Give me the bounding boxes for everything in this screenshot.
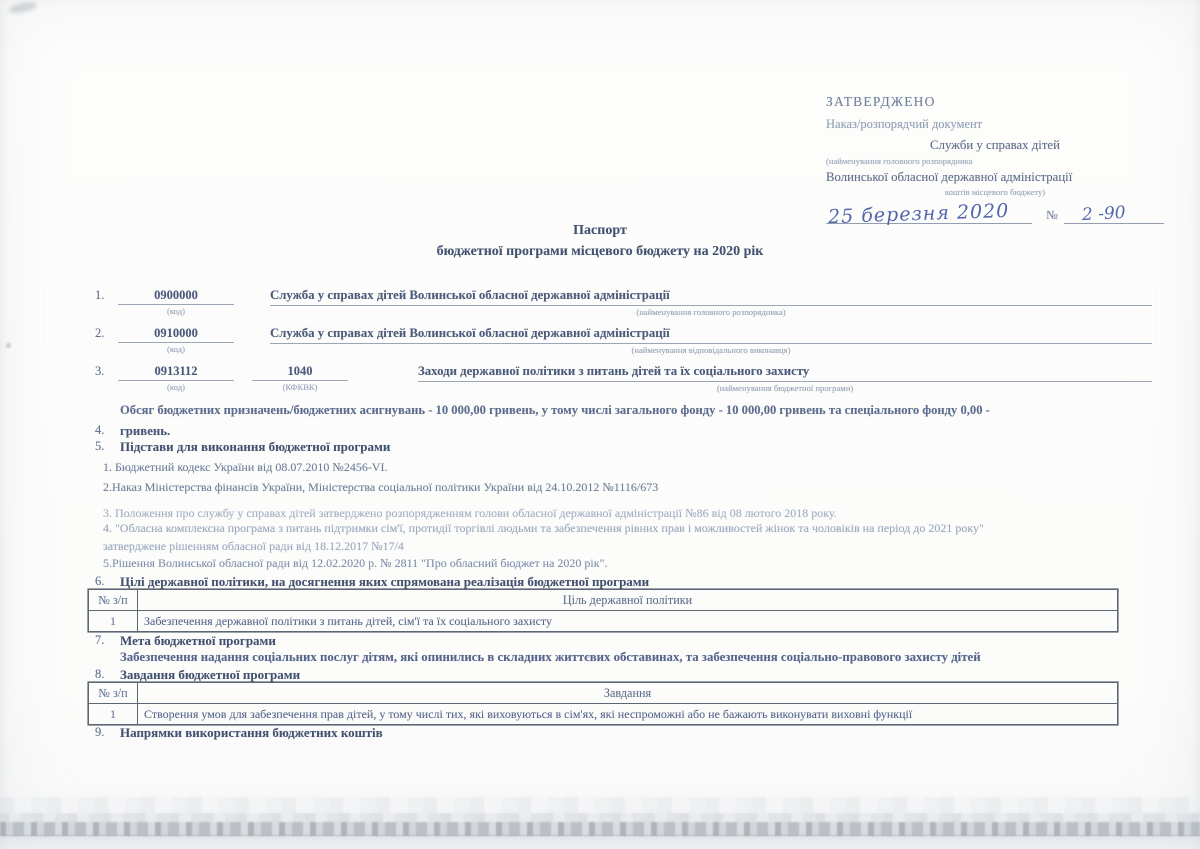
item7-number: 7. <box>95 633 104 648</box>
item8-heading-row: 8. Завдання бюджетної програми <box>0 667 1152 683</box>
item3-kfkvk-box: 1040 (КФКВК) <box>252 364 348 392</box>
item4-line2: гривень. <box>120 424 1156 439</box>
item2-name: Служба у справах дітей Волинської обласн… <box>270 326 1152 344</box>
item7-heading-row: 7. Мета бюджетної програми <box>0 633 1152 649</box>
handwritten-number: 2 -90 <box>1081 203 1126 225</box>
item3-code-box: 0913112 (код) <box>118 364 234 392</box>
item1-name-box: Служба у справах дітей Волинської обласн… <box>270 288 1152 317</box>
scan-band-fade <box>0 836 1200 849</box>
goals-table-header-row: № з/п Ціль державної політики <box>89 590 1118 611</box>
approval-date-row: 25 березня 2020 № 2 -90 <box>826 198 1164 224</box>
item3-name: Заходи державної політики з питань дітей… <box>418 364 1152 382</box>
org-name-line1: Служби у справах дітей <box>826 138 1164 153</box>
item6-heading-row: 6. Цілі державної політики, на досягненн… <box>0 574 1152 590</box>
item2-code-box: 0910000 (код) <box>118 326 234 354</box>
item1-code-box: 0900000 (код) <box>118 288 234 316</box>
item9-heading: Напрямки використання бюджетних коштів <box>120 725 1152 741</box>
org-name-line2: Волинської обласної державної адміністра… <box>826 170 1164 185</box>
approval-block: ЗАТВЕРДЖЕНО Наказ/розпорядчий документ С… <box>826 94 1164 224</box>
item2-name-box: Служба у справах дітей Волинської обласн… <box>270 326 1152 355</box>
scan-artifact-smudge <box>8 0 37 15</box>
tasks-row1-num: 1 <box>89 704 138 725</box>
handwritten-date-field: 25 березня 2020 <box>826 197 1032 224</box>
item5-heading: Підстави для виконання бюджетної програм… <box>120 439 1152 455</box>
org-note-top: (найменування головного розпорядника <box>826 156 1164 166</box>
org-note-bottom: коштів місцевого бюджету) <box>826 187 1164 197</box>
scan-artifact-dot <box>6 343 11 348</box>
title-line2: бюджетної програми місцевого бюджету на … <box>0 244 1200 260</box>
item3-name-label: (найменування бюджетної програми) <box>418 383 1152 393</box>
document-title: Паспорт бюджетної програми місцевого бюд… <box>0 223 1200 260</box>
doc-type-label: Наказ/розпорядчий документ <box>826 117 1164 132</box>
table-row: 1 Забезпечення державної політики з пита… <box>89 611 1118 632</box>
goals-header-text: Ціль державної політики <box>138 590 1118 611</box>
item1-number: 1. <box>95 288 104 303</box>
item1-name: Служба у справах дітей Волинської обласн… <box>270 288 1152 306</box>
item3-number: 3. <box>95 364 104 379</box>
handwritten-number-field: 2 -90 <box>1064 199 1164 224</box>
item3-kfkvk: 1040 <box>252 364 348 381</box>
item1-code-label: (код) <box>118 306 234 316</box>
item1-code: 0900000 <box>118 288 234 305</box>
item5-number: 5. <box>95 439 104 454</box>
item3-code: 0913112 <box>118 364 234 381</box>
scan-band-light <box>0 797 1200 813</box>
item6-number: 6. <box>95 574 104 589</box>
item2-name-label: (найменування відповідального виконавця) <box>270 345 1152 355</box>
item6-heading: Цілі державної політики, на досягнення я… <box>120 574 1152 590</box>
goals-header-num: № з/п <box>89 590 138 611</box>
item7-text: Забезпечення надання соціальних послуг д… <box>120 650 1140 665</box>
goals-row1-text: Забезпечення державної політики з питань… <box>138 611 1118 632</box>
item3-kfkvk-label: (КФКВК) <box>252 382 348 392</box>
item3-code-label: (код) <box>118 382 234 392</box>
table-row: 1 Створення умов для забезпечення прав д… <box>89 704 1118 725</box>
tasks-table-header-row: № з/п Завдання <box>89 683 1118 704</box>
scan-band-mid <box>0 813 1200 822</box>
scanned-document-page: ЗАТВЕРДЖЕНО Наказ/розпорядчий документ С… <box>0 0 1200 849</box>
item5-sub4: 4. "Обласна комплексна програма з питань… <box>103 521 1140 536</box>
goals-row1-num: 1 <box>89 611 138 632</box>
scan-band-dark <box>0 822 1200 836</box>
item1-name-label: (найменування головного розпорядника) <box>270 307 1152 317</box>
tasks-header-num: № з/п <box>89 683 138 704</box>
item7-heading: Мета бюджетної програми <box>120 633 1152 649</box>
item2-code: 0910000 <box>118 326 234 343</box>
item5-sub5: 5.Рішення Волинської обласної ради від 1… <box>103 556 1140 571</box>
item5-sub4-continued: затверджене рішенням обласної ради від 1… <box>103 539 1140 554</box>
item8-heading: Завдання бюджетної програми <box>120 667 1152 683</box>
item4-number: 4. <box>95 423 104 438</box>
goals-table: № з/п Ціль державної політики 1 Забезпеч… <box>88 589 1118 632</box>
item9-heading-row: 9. Напрямки використання бюджетних кошті… <box>0 725 1152 741</box>
approved-label: ЗАТВЕРДЖЕНО <box>826 94 1164 110</box>
item4-line1: Обсяг бюджетних призначень/бюджетних аси… <box>120 403 1156 418</box>
tasks-table: № з/п Завдання 1 Створення умов для забе… <box>88 682 1118 725</box>
item3-name-box: Заходи державної політики з питань дітей… <box>418 364 1152 393</box>
item5-sub2: 2.Наказ Міністерства фінансів України, М… <box>103 480 1140 495</box>
item8-number: 8. <box>95 667 104 682</box>
scan-artifact-band <box>0 797 1200 849</box>
number-sign-label: № <box>1046 208 1058 223</box>
item2-number: 2. <box>95 326 104 341</box>
item5-heading-row: 5. Підстави для виконання бюджетної прог… <box>0 439 1152 455</box>
item2-code-label: (код) <box>118 344 234 354</box>
item5-sub3: 3. Положення про службу у справах дітей … <box>103 506 1140 521</box>
item9-number: 9. <box>95 725 104 740</box>
item5-sub1: 1. Бюджетний кодекс України від 08.07.20… <box>103 460 1140 475</box>
title-line1: Паспорт <box>0 223 1200 239</box>
item4-volume-paragraph: 4. Обсяг бюджетних призначень/бюджетних … <box>0 403 1156 439</box>
tasks-row1-text: Створення умов для забезпечення прав діт… <box>138 704 1118 725</box>
tasks-header-text: Завдання <box>138 683 1118 704</box>
